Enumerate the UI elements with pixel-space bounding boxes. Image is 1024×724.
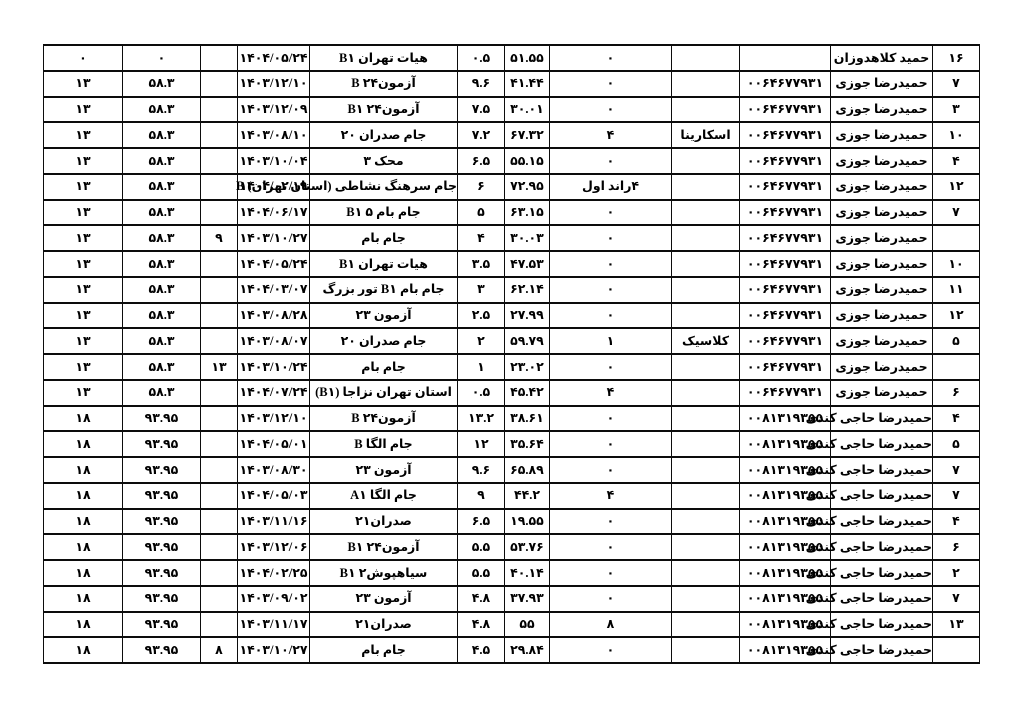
event-name-cell: آزمون۲۴ B (310, 406, 458, 432)
event-date-cell: ۱۴۰۳/۱۱/۱۶ (238, 509, 310, 535)
total-score-cell: ۲۹.۸۴ (505, 637, 550, 663)
row-number-cell: ۴ (933, 509, 980, 535)
event-date-cell: ۱۴۰۳/۱۰/۲۴ (238, 354, 310, 380)
total-score-cell: ۵۵ (505, 612, 550, 638)
athlete-name-cell: حمیدرضا جوزی (831, 303, 933, 329)
total-score-cell: ۴۱.۴۴ (505, 71, 550, 97)
membership-code-cell: ۰۰۶۴۶۷۷۹۳۱ (740, 71, 831, 97)
document-page: ۱۶حمید کلاهدوزان۰۵۱.۵۵۰.۵هیات تهران B۱۱۴… (0, 0, 1024, 724)
event-name-cell: محک ۳ (310, 148, 458, 174)
rank-cell: ۰ (550, 303, 672, 329)
style-note-cell (672, 483, 740, 509)
row-number-cell (933, 354, 980, 380)
table-row: ۱۱حمیدرضا جوزی۰۰۶۴۶۷۷۹۳۱۰۶۲.۱۴۳جام بام B… (44, 277, 980, 303)
event-name-cell: صدران۲۱ (310, 509, 458, 535)
table-row: ۱۶حمید کلاهدوزان۰۵۱.۵۵۰.۵هیات تهران B۱۱۴… (44, 45, 980, 71)
avg-score-cell: ۵۸.۳ (123, 148, 201, 174)
event-date-cell: ۱۴۰۳/۱۰/۲۷ (238, 225, 310, 251)
membership-code-cell: ۰۰۸۱۳۱۹۳۵۵ (740, 612, 831, 638)
membership-code-cell: ۰۰۸۱۳۱۹۳۵۵ (740, 637, 831, 663)
rank-cell: ۴ (550, 122, 672, 148)
membership-code-cell: ۰۰۶۴۶۷۷۹۳۱ (740, 354, 831, 380)
event-name-cell: جام الگا B (310, 431, 458, 457)
sub-note-cell (201, 277, 238, 303)
count-cell: ۱۳ (44, 71, 123, 97)
avg-score-cell: ۵۸.۳ (123, 277, 201, 303)
event-date-cell: ۱۴۰۴/۰۵/۲۴ (238, 45, 310, 71)
table-row: ۱۳حمیدرضا حاجی کندی۰۰۸۱۳۱۹۳۵۵۸۵۵۴.۸صدران… (44, 612, 980, 638)
table-row: ۷حمیدرضا حاجی کندی۰۰۸۱۳۱۹۳۵۵۰۶۵.۸۹۹.۶آزم… (44, 457, 980, 483)
points-cell: ۹.۶ (458, 71, 505, 97)
row-number-cell: ۴ (933, 406, 980, 432)
avg-score-cell: ۹۳.۹۵ (123, 560, 201, 586)
avg-score-cell: ۵۸.۳ (123, 97, 201, 123)
style-note-cell (672, 303, 740, 329)
style-note-cell (672, 251, 740, 277)
row-number-cell: ۵ (933, 328, 980, 354)
rank-cell: ۰ (550, 431, 672, 457)
points-cell: ۴.۵ (458, 637, 505, 663)
athlete-name-cell: حمیدرضا جوزی (831, 380, 933, 406)
athlete-name-cell: حمیدرضا جوزی (831, 328, 933, 354)
membership-code-cell: ۰۰۸۱۳۱۹۳۵۵ (740, 483, 831, 509)
athlete-name-cell: حمیدرضا حاجی کندی (831, 612, 933, 638)
style-note-cell (672, 612, 740, 638)
total-score-cell: ۵۹.۷۹ (505, 328, 550, 354)
event-name-cell: جام سرهنگ نشاطی (استان تهران) B (310, 174, 458, 200)
event-date-cell: ۱۴۰۴/۰۵/۰۳ (238, 483, 310, 509)
count-cell: ۱۸ (44, 431, 123, 457)
results-table-body: ۱۶حمید کلاهدوزان۰۵۱.۵۵۰.۵هیات تهران B۱۱۴… (44, 45, 980, 663)
row-number-cell (933, 637, 980, 663)
table-row: ۱۰حمیدرضا جوزی۰۰۶۴۶۷۷۹۳۱۰۴۷.۵۳۳.۵هیات ته… (44, 251, 980, 277)
rank-cell: ۰ (550, 586, 672, 612)
membership-code-cell: ۰۰۸۱۳۱۹۳۵۵ (740, 534, 831, 560)
sub-note-cell (201, 303, 238, 329)
style-note-cell: اسکارینا (672, 122, 740, 148)
event-date-cell: ۱۴۰۴/۰۳/۰۷ (238, 277, 310, 303)
membership-code-cell: ۰۰۶۴۶۷۷۹۳۱ (740, 174, 831, 200)
event-name-cell: جام الگا A۱ (310, 483, 458, 509)
table-row: ۶حمیدرضا حاجی کندی۰۰۸۱۳۱۹۳۵۵۰۵۳.۷۶۵.۵آزم… (44, 534, 980, 560)
sub-note-cell (201, 122, 238, 148)
athlete-name-cell: حمیدرضا جوزی (831, 71, 933, 97)
event-date-cell: ۱۴۰۳/۰۸/۳۰ (238, 457, 310, 483)
rank-cell: ۸ (550, 612, 672, 638)
sub-note-cell (201, 560, 238, 586)
avg-score-cell: ۹۳.۹۵ (123, 457, 201, 483)
athlete-name-cell: حمید کلاهدوزان (831, 45, 933, 71)
count-cell: ۱۳ (44, 380, 123, 406)
style-note-cell (672, 560, 740, 586)
total-score-cell: ۳۷.۹۳ (505, 586, 550, 612)
total-score-cell: ۳۰.۰۱ (505, 97, 550, 123)
count-cell: ۱۳ (44, 225, 123, 251)
event-name-cell: جام بام B۱ تور بزرگ (310, 277, 458, 303)
avg-score-cell: ۵۸.۳ (123, 122, 201, 148)
event-name-cell: جام صدران ۲۰ (310, 328, 458, 354)
count-cell: ۱۳ (44, 303, 123, 329)
sub-note-cell (201, 71, 238, 97)
athlete-name-cell: حمیدرضا حاجی کندی (831, 431, 933, 457)
row-number-cell: ۶ (933, 534, 980, 560)
event-name-cell: جام بام (310, 225, 458, 251)
table-row: ۳حمیدرضا جوزی۰۰۶۴۶۷۷۹۳۱۰۳۰.۰۱۷.۵آزمون۲۴ … (44, 97, 980, 123)
count-cell: ۱۸ (44, 457, 123, 483)
event-name-cell: جام بام (310, 354, 458, 380)
points-cell: ۴.۸ (458, 586, 505, 612)
event-name-cell: صدران۲۱ (310, 612, 458, 638)
points-cell: ۳ (458, 277, 505, 303)
table-row: ۷حمیدرضا حاجی کندی۰۰۸۱۳۱۹۳۵۵۰۳۷.۹۳۴.۸آزم… (44, 586, 980, 612)
count-cell: ۱۳ (44, 148, 123, 174)
row-number-cell: ۷ (933, 200, 980, 226)
table-row: حمیدرضا جوزی۰۰۶۴۶۷۷۹۳۱۰۲۳.۰۲۱جام بام۱۴۰۳… (44, 354, 980, 380)
membership-code-cell: ۰۰۸۱۳۱۹۳۵۵ (740, 431, 831, 457)
avg-score-cell: ۹۳.۹۵ (123, 483, 201, 509)
count-cell: ۱۳ (44, 97, 123, 123)
points-cell: ۷.۲ (458, 122, 505, 148)
row-number-cell: ۱۱ (933, 277, 980, 303)
count-cell: ۱۸ (44, 612, 123, 638)
athlete-name-cell: حمیدرضا حاجی کندی (831, 483, 933, 509)
table-row: ۵حمیدرضا حاجی کندی۰۰۸۱۳۱۹۳۵۵۰۳۵.۶۴۱۲جام … (44, 431, 980, 457)
athlete-name-cell: حمیدرضا جوزی (831, 200, 933, 226)
points-cell: ۶ (458, 174, 505, 200)
total-score-cell: ۳۰.۰۳ (505, 225, 550, 251)
style-note-cell (672, 457, 740, 483)
count-cell: ۱۸ (44, 560, 123, 586)
total-score-cell: ۳۵.۶۴ (505, 431, 550, 457)
sub-note-cell (201, 431, 238, 457)
total-score-cell: ۱۹.۵۵ (505, 509, 550, 535)
membership-code-cell: ۰۰۶۴۶۷۷۹۳۱ (740, 251, 831, 277)
athlete-name-cell: حمیدرضا جوزی (831, 174, 933, 200)
event-name-cell: آزمون۲۴ B۱ (310, 97, 458, 123)
event-name-cell: جام بام (310, 637, 458, 663)
membership-code-cell: ۰۰۶۴۶۷۷۹۳۱ (740, 148, 831, 174)
sub-note-cell (201, 97, 238, 123)
points-cell: ۲.۵ (458, 303, 505, 329)
total-score-cell: ۵۳.۷۶ (505, 534, 550, 560)
style-note-cell (672, 406, 740, 432)
rank-cell: ۰ (550, 71, 672, 97)
membership-code-cell: ۰۰۶۴۶۷۷۹۳۱ (740, 277, 831, 303)
avg-score-cell: ۹۳.۹۵ (123, 637, 201, 663)
membership-code-cell: ۰۰۶۴۶۷۷۹۳۱ (740, 200, 831, 226)
row-number-cell: ۷ (933, 71, 980, 97)
table-row: ۱۰حمیدرضا جوزی۰۰۶۴۶۷۷۹۳۱اسکارینا۴۶۷.۳۲۷.… (44, 122, 980, 148)
style-note-cell (672, 354, 740, 380)
sub-note-cell (201, 200, 238, 226)
total-score-cell: ۴۴.۲ (505, 483, 550, 509)
row-number-cell: ۷ (933, 457, 980, 483)
membership-code-cell: ۰۰۸۱۳۱۹۳۵۵ (740, 406, 831, 432)
total-score-cell: ۵۱.۵۵ (505, 45, 550, 71)
event-date-cell: ۱۴۰۳/۰۹/۰۲ (238, 586, 310, 612)
sub-note-cell (201, 483, 238, 509)
points-cell: ۶.۵ (458, 148, 505, 174)
membership-code-cell: ۰۰۸۱۳۱۹۳۵۵ (740, 457, 831, 483)
sub-note-cell (201, 328, 238, 354)
event-name-cell: هیات تهران B۱ (310, 45, 458, 71)
event-name-cell: سیاهپوش۲ B۱ (310, 560, 458, 586)
rank-cell: ۰ (550, 406, 672, 432)
count-cell: ۱۳ (44, 277, 123, 303)
rank-cell: ۰ (550, 225, 672, 251)
event-name-cell: آزمون۲۴ B۱ (310, 534, 458, 560)
rank-cell: ۰ (550, 637, 672, 663)
athlete-name-cell: حمیدرضا جوزی (831, 122, 933, 148)
table-row: ۴حمیدرضا جوزی۰۰۶۴۶۷۷۹۳۱۰۵۵.۱۵۶.۵محک ۳۱۴۰… (44, 148, 980, 174)
event-date-cell: ۱۴۰۳/۱۱/۱۷ (238, 612, 310, 638)
rank-cell: ۴ (550, 483, 672, 509)
event-date-cell: ۱۴۰۳/۱۲/۱۰ (238, 71, 310, 97)
style-note-cell (672, 45, 740, 71)
rank-cell: ۴راند اول (550, 174, 672, 200)
sub-note-cell (201, 509, 238, 535)
row-number-cell (933, 225, 980, 251)
count-cell: ۱۸ (44, 483, 123, 509)
points-cell: ۵ (458, 200, 505, 226)
avg-score-cell: ۵۸.۳ (123, 380, 201, 406)
membership-code-cell: ۰۰۶۴۶۷۷۹۳۱ (740, 380, 831, 406)
row-number-cell: ۱۲ (933, 174, 980, 200)
event-date-cell: ۱۴۰۳/۱۰/۲۷ (238, 637, 310, 663)
count-cell: ۱۸ (44, 637, 123, 663)
row-number-cell: ۲ (933, 560, 980, 586)
points-cell: ۹.۶ (458, 457, 505, 483)
event-date-cell: ۱۴۰۳/۱۲/۱۰ (238, 406, 310, 432)
rank-cell: ۰ (550, 457, 672, 483)
style-note-cell (672, 431, 740, 457)
rank-cell: ۰ (550, 45, 672, 71)
avg-score-cell: ۵۸.۳ (123, 200, 201, 226)
sub-note-cell: ۸ (201, 637, 238, 663)
avg-score-cell: ۹۳.۹۵ (123, 586, 201, 612)
sub-note-cell (201, 612, 238, 638)
points-cell: ۱۳.۲ (458, 406, 505, 432)
table-row: ۱۲حمیدرضا جوزی۰۰۶۴۶۷۷۹۳۱۴راند اول۷۲.۹۵۶ج… (44, 174, 980, 200)
avg-score-cell: ۵۸.۳ (123, 251, 201, 277)
points-cell: ۰.۵ (458, 45, 505, 71)
event-date-cell: ۱۴۰۳/۱۰/۰۴ (238, 148, 310, 174)
row-number-cell: ۱۳ (933, 612, 980, 638)
results-table: ۱۶حمید کلاهدوزان۰۵۱.۵۵۰.۵هیات تهران B۱۱۴… (43, 44, 980, 664)
athlete-name-cell: حمیدرضا جوزی (831, 148, 933, 174)
count-cell: ۱۸ (44, 406, 123, 432)
table-row: ۴حمیدرضا حاجی کندی۰۰۸۱۳۱۹۳۵۵۰۱۹.۵۵۶.۵صدر… (44, 509, 980, 535)
membership-code-cell: ۰۰۸۱۳۱۹۳۵۵ (740, 586, 831, 612)
avg-score-cell: ۵۸.۳ (123, 174, 201, 200)
row-number-cell: ۴ (933, 148, 980, 174)
membership-code-cell: ۰۰۶۴۶۷۷۹۳۱ (740, 225, 831, 251)
style-note-cell (672, 225, 740, 251)
event-date-cell: ۱۴۰۴/۰۵/۰۱ (238, 431, 310, 457)
table-row: ۴حمیدرضا حاجی کندی۰۰۸۱۳۱۹۳۵۵۰۳۸.۶۱۱۳.۲آز… (44, 406, 980, 432)
table-row: ۶حمیدرضا جوزی۰۰۶۴۶۷۷۹۳۱۴۴۵.۴۲۰.۵استان ته… (44, 380, 980, 406)
table-row: ۱۲حمیدرضا جوزی۰۰۶۴۶۷۷۹۳۱۰۲۷.۹۹۲.۵آزمون ۲… (44, 303, 980, 329)
row-number-cell: ۱۰ (933, 251, 980, 277)
style-note-cell (672, 586, 740, 612)
sub-note-cell (201, 534, 238, 560)
event-date-cell: ۱۴۰۴/۰۵/۲۴ (238, 251, 310, 277)
event-date-cell: ۱۴۰۳/۱۲/۰۶ (238, 534, 310, 560)
athlete-name-cell: حمیدرضا جوزی (831, 251, 933, 277)
avg-score-cell: ۵۸.۳ (123, 354, 201, 380)
row-number-cell: ۵ (933, 431, 980, 457)
membership-code-cell: ۰۰۶۴۶۷۷۹۳۱ (740, 122, 831, 148)
style-note-cell (672, 71, 740, 97)
table-row: ۲حمیدرضا حاجی کندی۰۰۸۱۳۱۹۳۵۵۰۴۰.۱۴۵.۵سیا… (44, 560, 980, 586)
total-score-cell: ۴۰.۱۴ (505, 560, 550, 586)
table-row: ۷حمیدرضا جوزی۰۰۶۴۶۷۷۹۳۱۰۴۱.۴۴۹.۶آزمون۲۴ … (44, 71, 980, 97)
athlete-name-cell: حمیدرضا حاجی کندی (831, 406, 933, 432)
rank-cell: ۰ (550, 251, 672, 277)
avg-score-cell: ۵۸.۳ (123, 225, 201, 251)
table-row: ۷حمیدرضا حاجی کندی۰۰۸۱۳۱۹۳۵۵۴۴۴.۲۹جام ال… (44, 483, 980, 509)
athlete-name-cell: حمیدرضا حاجی کندی (831, 457, 933, 483)
points-cell: ۱۲ (458, 431, 505, 457)
athlete-name-cell: حمیدرضا جوزی (831, 225, 933, 251)
row-number-cell: ۷ (933, 483, 980, 509)
athlete-name-cell: حمیدرضا جوزی (831, 97, 933, 123)
style-note-cell (672, 97, 740, 123)
event-name-cell: هیات تهران B۱ (310, 251, 458, 277)
membership-code-cell: ۰۰۶۴۶۷۷۹۳۱ (740, 97, 831, 123)
count-cell: ۱۳ (44, 122, 123, 148)
avg-score-cell: ۵۸.۳ (123, 328, 201, 354)
rank-cell: ۰ (550, 534, 672, 560)
points-cell: ۵.۵ (458, 534, 505, 560)
count-cell: ۱۳ (44, 328, 123, 354)
event-date-cell: ۱۴۰۴/۰۲/۲۵ (238, 560, 310, 586)
event-name-cell: جام بام ۵ B۱ (310, 200, 458, 226)
points-cell: ۴.۸ (458, 612, 505, 638)
membership-code-cell: ۰۰۸۱۳۱۹۳۵۵ (740, 560, 831, 586)
athlete-name-cell: حمیدرضا حاجی کندی (831, 560, 933, 586)
sub-note-cell (201, 45, 238, 71)
athlete-name-cell: حمیدرضا حاجی کندی (831, 509, 933, 535)
row-number-cell: ۱۶ (933, 45, 980, 71)
rank-cell: ۴ (550, 380, 672, 406)
row-number-cell: ۶ (933, 380, 980, 406)
total-score-cell: ۵۵.۱۵ (505, 148, 550, 174)
rank-cell: ۰ (550, 200, 672, 226)
event-date-cell: ۱۴۰۴/۰۶/۱۷ (238, 200, 310, 226)
points-cell: ۵.۵ (458, 560, 505, 586)
count-cell: ۱۸ (44, 534, 123, 560)
points-cell: ۳.۵ (458, 251, 505, 277)
avg-score-cell: ۵۸.۳ (123, 71, 201, 97)
points-cell: ۰.۵ (458, 380, 505, 406)
membership-code-cell: ۰۰۶۴۶۷۷۹۳۱ (740, 328, 831, 354)
athlete-name-cell: حمیدرضا حاجی کندی (831, 637, 933, 663)
points-cell: ۶.۵ (458, 509, 505, 535)
event-date-cell: ۱۴۰۳/۰۸/۱۰ (238, 122, 310, 148)
rank-cell: ۰ (550, 148, 672, 174)
style-note-cell: کلاسیک (672, 328, 740, 354)
event-date-cell: ۱۴۰۳/۱۲/۰۹ (238, 97, 310, 123)
membership-code-cell (740, 45, 831, 71)
total-score-cell: ۳۸.۶۱ (505, 406, 550, 432)
athlete-name-cell: حمیدرضا حاجی کندی (831, 586, 933, 612)
count-cell: ۱۸ (44, 509, 123, 535)
total-score-cell: ۶۳.۱۵ (505, 200, 550, 226)
avg-score-cell: ۹۳.۹۵ (123, 509, 201, 535)
total-score-cell: ۶۲.۱۴ (505, 277, 550, 303)
count-cell: ۱۳ (44, 251, 123, 277)
points-cell: ۴ (458, 225, 505, 251)
count-cell: ۰ (44, 45, 123, 71)
rank-cell: ۱ (550, 328, 672, 354)
row-number-cell: ۱۰ (933, 122, 980, 148)
style-note-cell (672, 174, 740, 200)
avg-score-cell: ۹۳.۹۵ (123, 612, 201, 638)
total-score-cell: ۶۵.۸۹ (505, 457, 550, 483)
style-note-cell (672, 509, 740, 535)
sub-note-cell (201, 380, 238, 406)
count-cell: ۱۳ (44, 354, 123, 380)
event-date-cell: ۱۴۰۳/۰۸/۰۷ (238, 328, 310, 354)
table-row: ۷حمیدرضا جوزی۰۰۶۴۶۷۷۹۳۱۰۶۳.۱۵۵جام بام ۵ … (44, 200, 980, 226)
sub-note-cell (201, 251, 238, 277)
count-cell: ۱۳ (44, 174, 123, 200)
event-date-cell: ۱۴۰۴/۰۲/۱۹ (238, 174, 310, 200)
avg-score-cell: ۹۳.۹۵ (123, 534, 201, 560)
table-row: حمیدرضا جوزی۰۰۶۴۶۷۷۹۳۱۰۳۰.۰۳۴جام بام۱۴۰۳… (44, 225, 980, 251)
athlete-name-cell: حمیدرضا جوزی (831, 277, 933, 303)
event-name-cell: جام صدران ۲۰ (310, 122, 458, 148)
rank-cell: ۰ (550, 509, 672, 535)
event-name-cell: آزمون ۲۳ (310, 457, 458, 483)
event-name-cell: استان تهران نزاجا (B۱) (310, 380, 458, 406)
avg-score-cell: ۹۳.۹۵ (123, 431, 201, 457)
total-score-cell: ۷۲.۹۵ (505, 174, 550, 200)
total-score-cell: ۴۷.۵۳ (505, 251, 550, 277)
points-cell: ۱ (458, 354, 505, 380)
total-score-cell: ۴۵.۴۲ (505, 380, 550, 406)
event-date-cell: ۱۴۰۳/۰۸/۲۸ (238, 303, 310, 329)
rank-cell: ۰ (550, 354, 672, 380)
event-name-cell: آزمون ۲۳ (310, 586, 458, 612)
count-cell: ۱۳ (44, 200, 123, 226)
athlete-name-cell: حمیدرضا حاجی کندی (831, 534, 933, 560)
event-name-cell: آزمون ۲۳ (310, 303, 458, 329)
membership-code-cell: ۰۰۶۴۶۷۷۹۳۱ (740, 303, 831, 329)
style-note-cell (672, 277, 740, 303)
sub-note-cell: ۱۳ (201, 354, 238, 380)
total-score-cell: ۲۷.۹۹ (505, 303, 550, 329)
event-name-cell: آزمون۲۴ B (310, 71, 458, 97)
sub-note-cell: ۹ (201, 225, 238, 251)
row-number-cell: ۷ (933, 586, 980, 612)
avg-score-cell: ۰ (123, 45, 201, 71)
table-row: ۵حمیدرضا جوزی۰۰۶۴۶۷۷۹۳۱کلاسیک۱۵۹.۷۹۲جام … (44, 328, 980, 354)
rank-cell: ۰ (550, 560, 672, 586)
points-cell: ۹ (458, 483, 505, 509)
style-note-cell (672, 534, 740, 560)
sub-note-cell (201, 406, 238, 432)
row-number-cell: ۱۲ (933, 303, 980, 329)
sub-note-cell (201, 457, 238, 483)
avg-score-cell: ۵۸.۳ (123, 303, 201, 329)
sub-note-cell (201, 586, 238, 612)
membership-code-cell: ۰۰۸۱۳۱۹۳۵۵ (740, 509, 831, 535)
total-score-cell: ۲۳.۰۲ (505, 354, 550, 380)
rank-cell: ۰ (550, 97, 672, 123)
event-date-cell: ۱۴۰۴/۰۷/۲۴ (238, 380, 310, 406)
